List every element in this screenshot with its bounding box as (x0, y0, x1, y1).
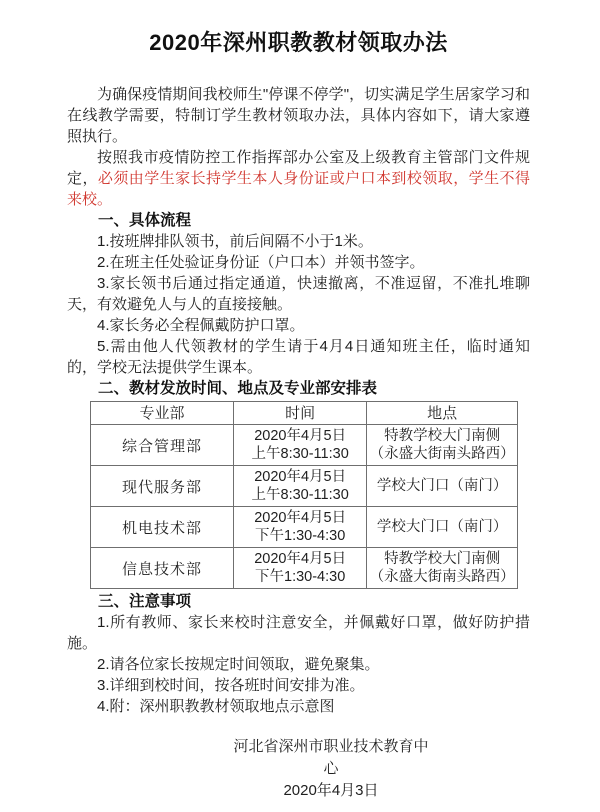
document-content: 2020年深州职教教材领取办法 为确保疫情期间我校师生"停课不停学"，切实满足学… (0, 0, 600, 802)
policy-text-red: 必须由学生家长持学生本人身份证或户口本到校领取，学生不得来校。 (67, 170, 530, 208)
pickup-time: 下午1:30-4:30 (236, 568, 364, 586)
time-cell: 2020年4月5日 下午1:30-4:30 (234, 507, 367, 548)
pickup-date: 2020年4月5日 (236, 468, 364, 486)
section-heading-notes: 三、注意事项 (67, 591, 530, 612)
pickup-date: 2020年4月5日 (236, 550, 364, 568)
schedule-table: 专业部 时间 地点 综合管理部 2020年4月5日 上午8:30-11:30 特… (90, 401, 518, 589)
column-header-time: 时间 (234, 402, 367, 425)
department-cell: 综合管理部 (91, 425, 234, 466)
procedure-item-2: 2.在班主任处验证身份证（户口本）并领书签字。 (67, 252, 530, 273)
department-cell: 机电技术部 (91, 507, 234, 548)
note-item-2: 2.请各位家长按规定时间领取，避免聚集。 (67, 654, 530, 675)
department-cell: 信息技术部 (91, 548, 234, 589)
table-row: 综合管理部 2020年4月5日 上午8:30-11:30 特教学校大门南侧 （永… (91, 425, 518, 466)
location-line1: 学校大门口（南门） (369, 518, 515, 536)
procedure-item-3: 3.家长领书后通过指定通道，快速撤离，不准逗留，不准扎堆聊天，有效避免人与人的直… (67, 273, 530, 315)
procedure-item-4: 4.家长务必全程佩戴防护口罩。 (67, 315, 530, 336)
time-cell: 2020年4月5日 下午1:30-4:30 (234, 548, 367, 589)
location-line1: 特教学校大门南侧 (369, 427, 515, 445)
pickup-time: 上午8:30-11:30 (236, 486, 364, 504)
location-cell: 学校大门口（南门） (367, 507, 518, 548)
note-item-3: 3.详细到校时间，按各班时间安排为准。 (67, 675, 530, 696)
pickup-time: 上午8:30-11:30 (236, 445, 364, 463)
document-title: 2020年深州职教教材领取办法 (67, 28, 530, 58)
time-cell: 2020年4月5日 上午8:30-11:30 (234, 425, 367, 466)
column-header-department: 专业部 (91, 402, 234, 425)
pickup-time: 下午1:30-4:30 (236, 527, 364, 545)
location-cell: 学校大门口（南门） (367, 466, 518, 507)
table-row: 现代服务部 2020年4月5日 上午8:30-11:30 学校大门口（南门） (91, 466, 518, 507)
pickup-date: 2020年4月5日 (236, 427, 364, 445)
signature-block: 河北省深州市职业技术教育中心 2020年4月3日 (231, 736, 431, 802)
section-heading-schedule: 二、教材发放时间、地点及专业部安排表 (67, 378, 530, 399)
location-line2: （永盛大街南头路西） (369, 445, 515, 463)
table-row: 机电技术部 2020年4月5日 下午1:30-4:30 学校大门口（南门） (91, 507, 518, 548)
section-heading-procedure: 一、具体流程 (67, 210, 530, 231)
note-item-1: 1.所有教师、家长来校时注意安全，并佩戴好口罩，做好防护措施。 (67, 612, 530, 654)
table-row: 信息技术部 2020年4月5日 下午1:30-4:30 特教学校大门南侧 （永盛… (91, 548, 518, 589)
table-header-row: 专业部 时间 地点 (91, 402, 518, 425)
pickup-date: 2020年4月5日 (236, 509, 364, 527)
intro-paragraph: 为确保疫情期间我校师生"停课不停学"，切实满足学生居家学习和在线教学需要，特制订… (67, 84, 530, 147)
column-header-location: 地点 (367, 402, 518, 425)
department-cell: 现代服务部 (91, 466, 234, 507)
location-line2: （永盛大街南头路西） (369, 568, 515, 586)
procedure-item-5: 5.需由他人代领教材的学生请于4月4日通知班主任，临时通知的，学校无法提供学生课… (67, 336, 530, 378)
location-cell: 特教学校大门南侧 （永盛大街南头路西） (367, 548, 518, 589)
notice-document: 2020年深州职教教材领取办法 为确保疫情期间我校师生"停课不停学"，切实满足学… (0, 0, 600, 812)
location-line1: 学校大门口（南门） (369, 477, 515, 495)
location-line1: 特教学校大门南侧 (369, 550, 515, 568)
policy-paragraph: 按照我市疫情防控工作指挥部办公室及上级教育主管部门文件规定，必须由学生家长持学生… (67, 147, 530, 210)
note-item-4: 4.附：深州职教教材领取地点示意图 (67, 696, 530, 717)
procedure-item-1: 1.按班牌排队领书，前后间隔不小于1米。 (67, 231, 530, 252)
time-cell: 2020年4月5日 上午8:30-11:30 (234, 466, 367, 507)
issue-date: 2020年4月3日 (231, 780, 431, 802)
location-cell: 特教学校大门南侧 （永盛大街南头路西） (367, 425, 518, 466)
issuing-organization: 河北省深州市职业技术教育中心 (231, 736, 431, 780)
